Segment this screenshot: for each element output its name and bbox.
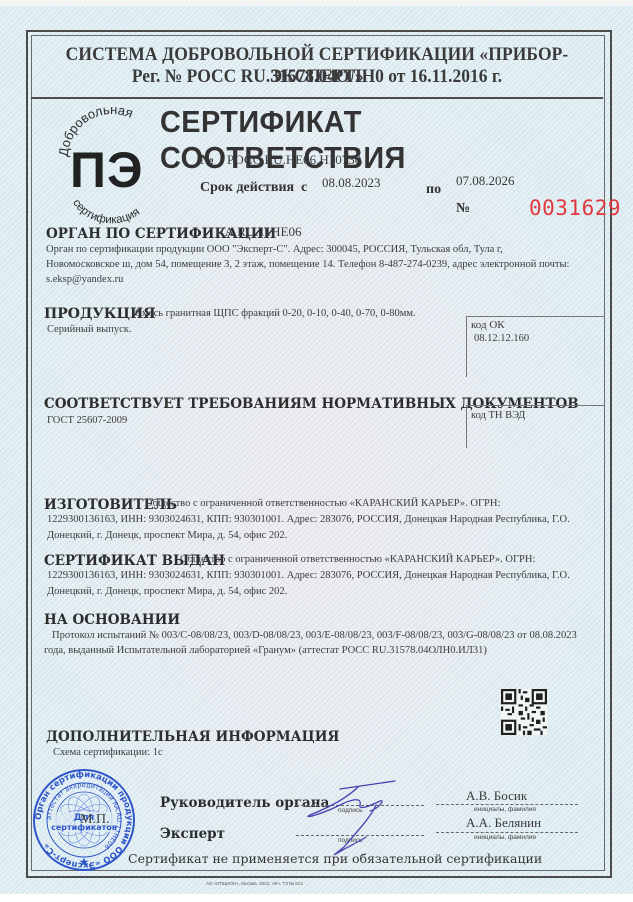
head-name: А.В. Босик [466,788,527,804]
certification-body-code: RA.RU.11НЕ06 [216,224,301,240]
valid-to-label: по [426,182,441,198]
logo-mark: ПЭ [70,141,144,199]
expert-name-line [436,832,578,833]
tn-ved-label: код ТН ВЭД [471,408,525,423]
standard-value: ГОСТ 25607-2009 [47,413,127,428]
manufacturer-line: 1229300136163, ИНН: 9303024631, КПП: 930… [47,512,570,527]
certification-body-line: Орган по сертификации продукции ООО "Экс… [46,242,503,257]
product-description: Смесь гранитная ЩПС фракций 0-20, 0-10, … [135,306,416,321]
pe-logo: Добровольная сертификация ПЭ [50,105,170,225]
issued-to-line: Общество с ограниченной ответственностью… [180,552,535,567]
certificate-number: РОСС RU.НЕ06.Н10730 [227,152,361,168]
basis-label: НА ОСНОВАНИИ [44,612,180,628]
validity-label: Срок действия [200,180,294,196]
issued-to-line: 1229300136163, ИНН: 9303024631, КПП: 930… [47,568,570,583]
ok-code-value: 08.12.12.160 [474,331,529,346]
basis-line: года, выданный Испытательной лабораторие… [44,643,487,658]
certification-body-line: Новомосковское ш, дом 54, помещение 3, 2… [46,257,569,272]
blank-serial-number: 0031629 [529,196,621,220]
expert-label: Эксперт [160,826,225,842]
additional-info-label: ДОПОЛНИТЕЛЬНАЯ ИНФОРМАЦИЯ [46,729,339,745]
valid-from-date: 08.08.2023 [322,175,381,191]
disclaimer: Сертификат не применяется при обязательн… [128,851,542,866]
svg-text:★: ★ [79,855,90,869]
manufacturer-line: Общество с ограниченной ответственностью… [145,496,500,511]
head-name-line [436,804,578,805]
issued-to-line: Донецкий, г. Донецк, проспект Мира, д. 5… [47,584,287,599]
blank-number-label: № [456,201,470,217]
expert-name-caption: инициалы, фамилия [474,834,536,841]
printer-note: АО «ОПЦИОН», Москва, 2022, «Ф», ТЗ № 613 [206,881,303,886]
head-name-caption: инициалы, фамилия [474,806,536,813]
basis-line: Протокол испытаний № 003/C-08/08/23, 003… [52,628,577,643]
qr-code-icon [501,689,547,735]
svg-text:сертификация: сертификация [70,197,142,225]
seal-placeholder-label: М.П. [80,812,110,828]
system-registration: Рег. № РОСС RU.31578.04ОЛН0 от 16.11.201… [54,66,580,88]
valid-to-date: 07.08.2026 [456,173,515,189]
certification-scheme: Схема сертификации: 1с [53,745,163,760]
number-label: № [200,153,214,169]
official-stamp: Орган сертификации продукции ООО «Экспер… [32,768,136,872]
manufacturer-line: Донецкий, г. Донецк, проспект Мира, д. 5… [47,528,287,543]
valid-from-label: с [301,180,307,196]
product-release: Серийный выпуск. [47,322,131,337]
expert-name: А.А. Белянин [466,815,541,831]
certification-body-email: s.eksp@yandex.ru [46,272,123,287]
